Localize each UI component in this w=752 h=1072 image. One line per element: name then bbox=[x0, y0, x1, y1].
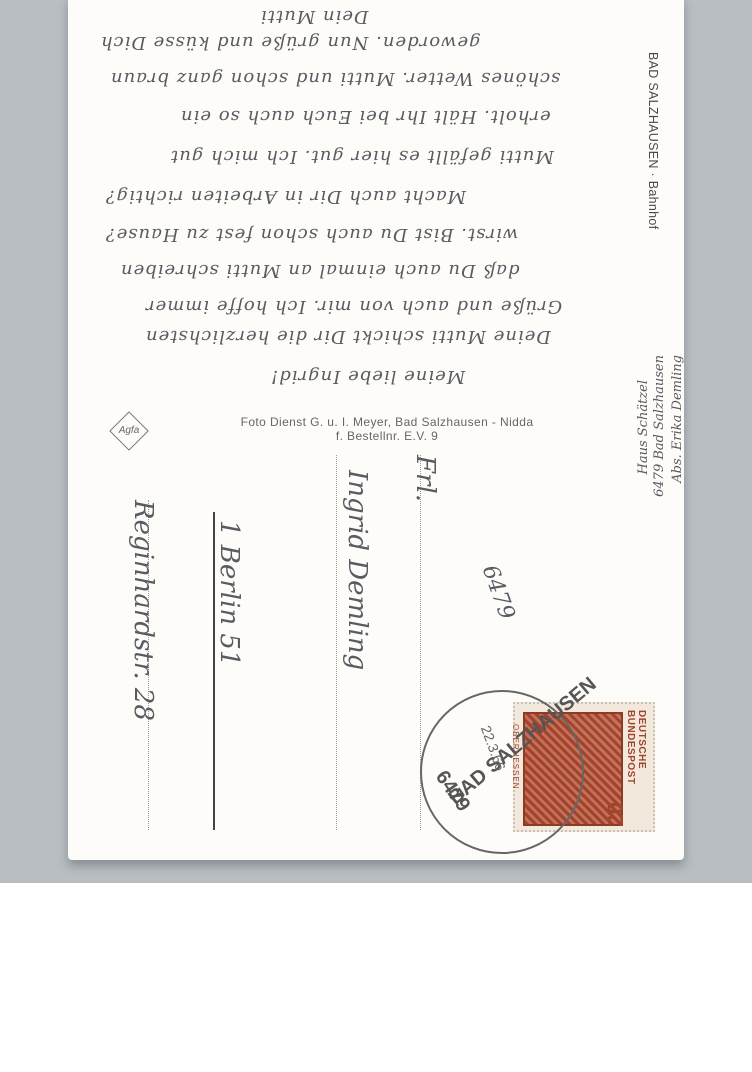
address-street: Reginhardstr. 28 bbox=[128, 500, 158, 721]
message-line: Dein Mutti bbox=[260, 6, 368, 27]
message-line: Macht auch Dir in Arbeiten richtig? bbox=[105, 186, 466, 207]
imprint-line: f. Bestellnr. E.V. 9 bbox=[214, 429, 560, 443]
message-line: Meine liebe Ingrid! bbox=[270, 366, 465, 387]
imprint-line: Foto Dienst G. u. I. Meyer, Bad Salzhaus… bbox=[214, 415, 560, 429]
message-line: daß Du auch einmal an Mutti schreiben bbox=[120, 260, 519, 281]
sender-line: Haus Schätzel bbox=[636, 380, 651, 475]
address-name: Ingrid Demling bbox=[342, 470, 372, 670]
stamp-value: 20 bbox=[603, 802, 629, 826]
message-line: geworden. Nun grüße und küsse Dich bbox=[100, 32, 481, 53]
sender-line: 6479 Bad Salzhausen bbox=[652, 355, 667, 497]
photo-caption: BAD SALZHAUSEN · Bahnhof bbox=[646, 52, 660, 229]
message-line: erholt. Hält Ihr bei Euch auch so ein bbox=[180, 106, 551, 127]
address-salutation: Frl. bbox=[410, 455, 440, 502]
message-line: schönes Wetter. Mutti und schon ganz bra… bbox=[110, 68, 560, 89]
publisher-imprint: Foto Dienst G. u. I. Meyer, Bad Salzhaus… bbox=[214, 415, 560, 443]
address-city: 1 Berlin 51 bbox=[214, 520, 244, 666]
message-line: Grüße und auch von mir. Ich hoffe immer bbox=[145, 296, 562, 317]
message-line: wirst. Bist Du auch schon fest zu Hause? bbox=[105, 224, 518, 245]
address-guide-line bbox=[336, 455, 337, 830]
message-line: Deine Mutti schickt Dir die herzlichsten bbox=[145, 326, 551, 347]
message-line: Mutti gefällt es hier gut. Ich mich gut bbox=[170, 146, 554, 167]
sender-line: Abs. Erika Demling bbox=[670, 355, 685, 483]
